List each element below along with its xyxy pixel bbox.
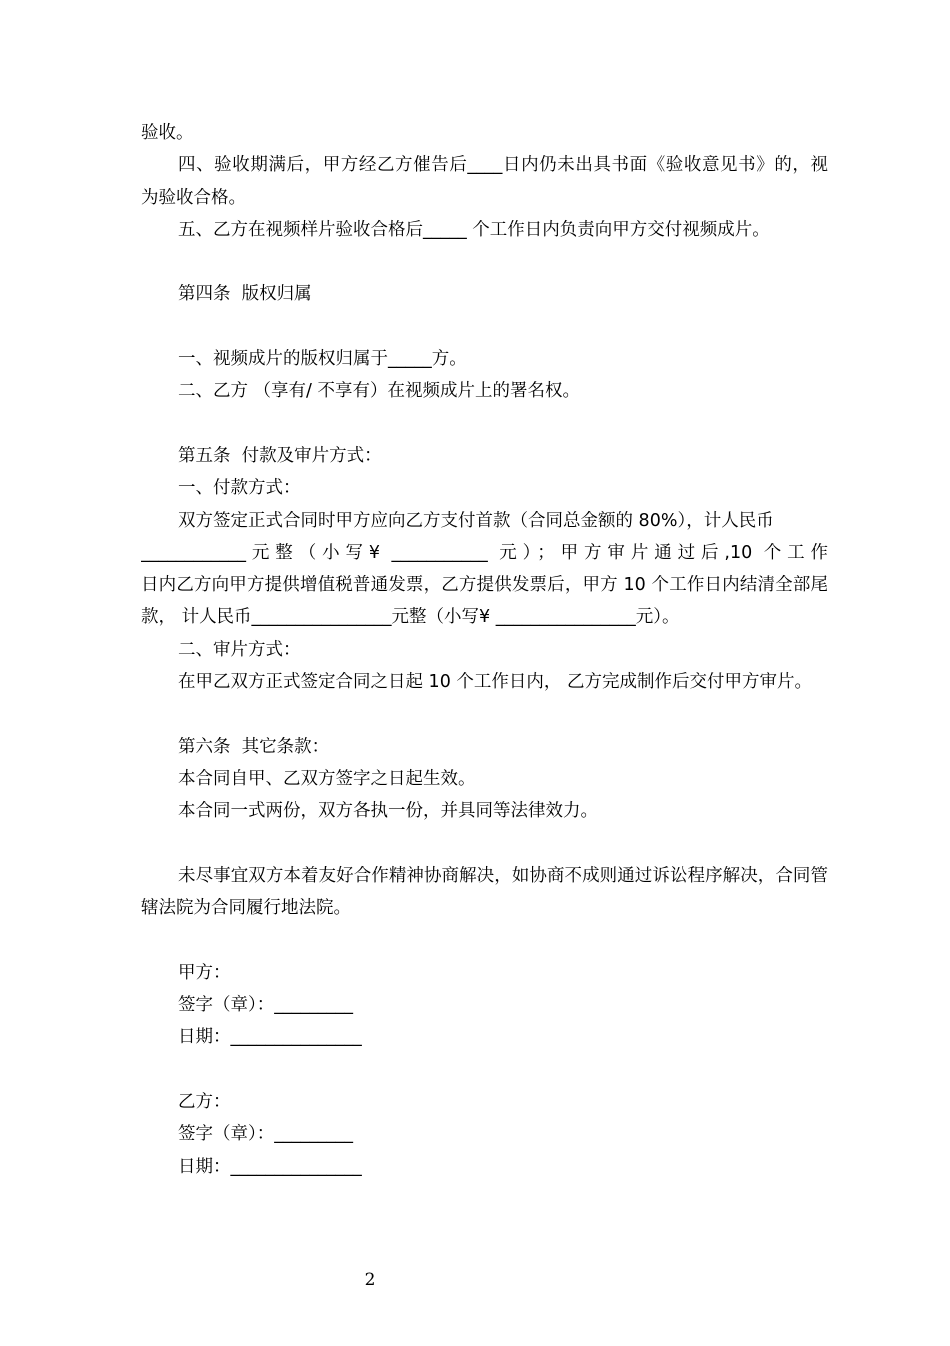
text-line: 辖法院为合同履行地法院。 bbox=[141, 892, 828, 924]
text-line: ____________元整（小写¥ ___________ 元）；甲方审片通过… bbox=[141, 537, 828, 569]
text-line: 第四条 版权归属 bbox=[141, 278, 828, 310]
blank-line bbox=[141, 408, 828, 440]
document-page: 验收。四、验收期满后，甲方经乙方催告后____日内仍未出具书面《验收意见书》的，… bbox=[0, 0, 950, 1346]
text-line: 乙方： bbox=[141, 1086, 828, 1118]
text-line: 一、视频成片的版权归属于_____方。 bbox=[141, 343, 828, 375]
text-line: 第六条 其它条款： bbox=[141, 731, 828, 763]
text-line: 本合同自甲、乙双方签字之日起生效。 bbox=[141, 763, 828, 795]
blank-line bbox=[141, 698, 828, 730]
text-line: 一、付款方式： bbox=[141, 472, 828, 504]
text-line: 款， 计人民币________________元整（小写¥ __________… bbox=[141, 601, 828, 633]
text-line: 四、验收期满后，甲方经乙方催告后____日内仍未出具书面《验收意见书》的，视 bbox=[141, 149, 828, 181]
text-line: 未尽事宜双方本着友好合作精神协商解决，如协商不成则通过诉讼程序解决，合同管 bbox=[141, 860, 828, 892]
text-line: 签字（章）：_________ bbox=[141, 989, 828, 1021]
text-line: 本合同一式两份，双方各执一份，并具同等法律效力。 bbox=[141, 795, 828, 827]
blank-line bbox=[141, 924, 828, 956]
text-line: 日期：_______________ bbox=[141, 1151, 828, 1183]
text-line: 日期：_______________ bbox=[141, 1021, 828, 1053]
blank-line bbox=[141, 246, 828, 278]
text-line: 五、乙方在视频样片验收合格后_____ 个工作日内负责向甲方交付视频成片。 bbox=[141, 214, 828, 246]
blank-line bbox=[141, 1054, 828, 1086]
document-body: 验收。四、验收期满后，甲方经乙方催告后____日内仍未出具书面《验收意见书》的，… bbox=[141, 117, 828, 1183]
text-line: 二、乙方 （享有/ 不享有）在视频成片上的署名权。 bbox=[141, 375, 828, 407]
text-line: 双方签定正式合同时甲方应向乙方支付首款（合同总金额的 80%），计人民币 bbox=[141, 505, 828, 537]
text-line: 验收。 bbox=[141, 117, 828, 149]
text-line: 在甲乙双方正式签定合同之日起 10 个工作日内， 乙方完成制作后交付甲方审片。 bbox=[141, 666, 828, 698]
text-line: 第五条 付款及审片方式： bbox=[141, 440, 828, 472]
blank-line bbox=[141, 311, 828, 343]
blank-line bbox=[141, 828, 828, 860]
text-line: 签字（章）：_________ bbox=[141, 1118, 828, 1150]
page-number: 2 bbox=[358, 1270, 382, 1290]
text-line: 二、审片方式： bbox=[141, 634, 828, 666]
text-line: 甲方： bbox=[141, 957, 828, 989]
text-line: 日内乙方向甲方提供增值税普通发票，乙方提供发票后，甲方 10 个工作日内结清全部… bbox=[141, 569, 828, 601]
text-line: 为验收合格。 bbox=[141, 182, 828, 214]
